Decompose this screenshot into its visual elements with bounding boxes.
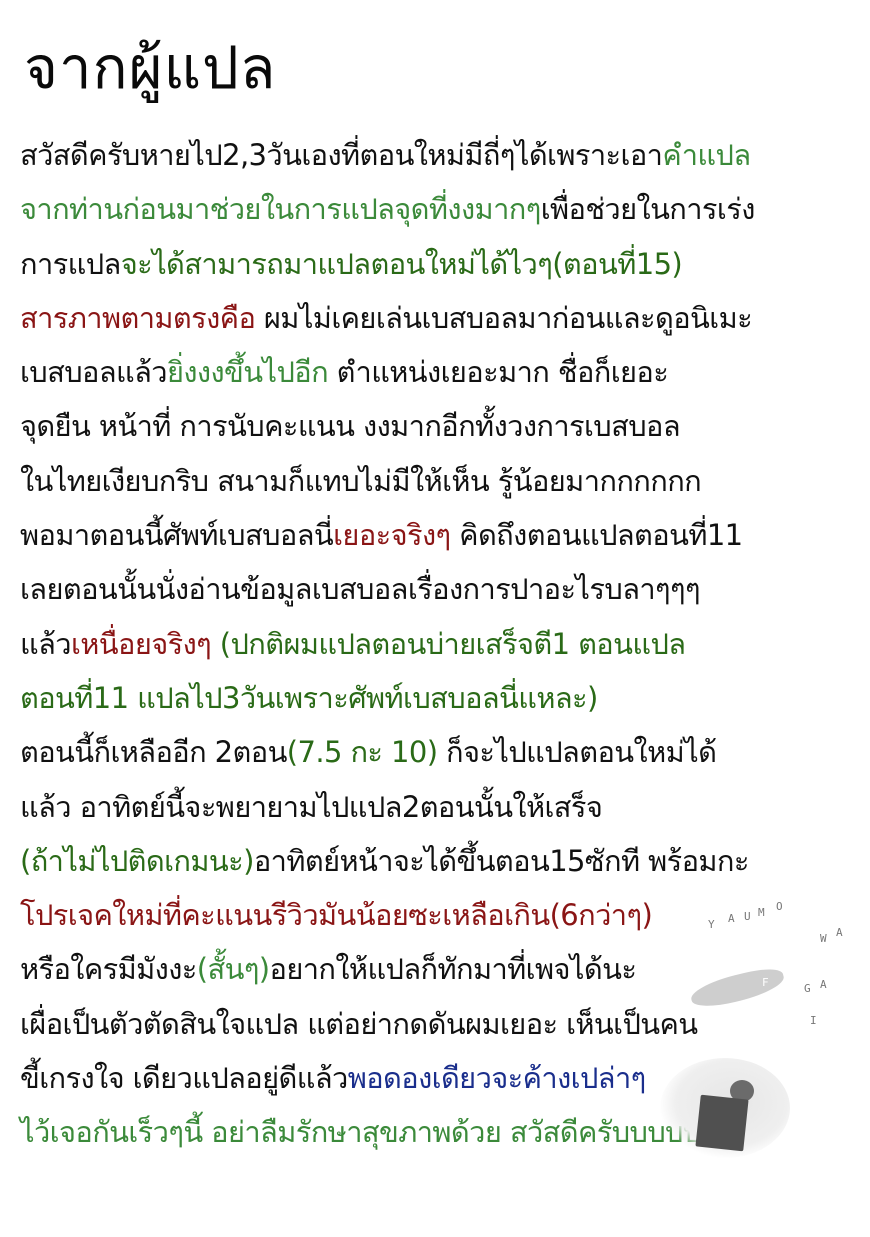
text-segment: สวัสดีครับหายไป2,3วันเองที่ตอนใหม่มีถี่ๆ… bbox=[20, 138, 662, 172]
text-segment: จุดยืน หน้าที่ การนับคะแนน งงมากอีกทั้งว… bbox=[20, 409, 680, 443]
note-line: ไว้เจอกันเร็วๆนี้ อย่าลืมรักษาสุขภาพด้วย… bbox=[20, 1105, 870, 1159]
note-line: สารภาพตามตรงคือ ผมไม่เคยเล่นเบสบอลมาก่อน… bbox=[20, 291, 870, 345]
note-line: สวัสดีครับหายไป2,3วันเองที่ตอนใหม่มีถี่ๆ… bbox=[20, 128, 870, 182]
note-line: การแปลจะได้สามารถมาแปลตอนใหม่ได้ไวๆ(ตอนท… bbox=[20, 237, 870, 291]
text-segment: อาทิตย์หน้าจะได้ขึ้นตอน15ซักที พร้อมกะ bbox=[254, 844, 749, 878]
note-line: ในไทยเงียบกริบ สนามก็แทบไม่มีให้เห็น รู้… bbox=[20, 454, 870, 508]
text-segment: พอดองเดียวจะค้างเปล่าๆ bbox=[348, 1061, 646, 1095]
text-segment: คิดถึงตอนแปลตอนที่11 bbox=[451, 518, 743, 552]
text-segment: พอมาตอนนี้ศัพท์เบสบอลนี่ bbox=[20, 518, 333, 552]
text-segment: เยอะจริงๆ bbox=[333, 518, 450, 552]
text-segment: ตอนนี้ก็เหลืออีก 2ตอน bbox=[20, 735, 287, 769]
text-segment: (ปกติผมแปลตอนบ่ายเสร็จตี1 ตอนแปล bbox=[211, 627, 685, 661]
note-line: ขี้เกรงใจ เดียวแปลอยู่ดีแล้วพอดองเดียวจะ… bbox=[20, 1051, 870, 1105]
note-line: ตอนที่11 แปลไป3วันเพราะศัพท์เบสบอลนี่แหล… bbox=[20, 671, 870, 725]
note-line: (ถ้าไม่ไปติดเกมนะ)อาทิตย์หน้าจะได้ขึ้นตอ… bbox=[20, 834, 870, 888]
text-segment: คำแปล bbox=[662, 138, 750, 172]
text-segment: จากท่านก่อนมาช่วยในการแปลจุดที่งงมากๆ bbox=[20, 192, 541, 226]
text-segment: เลยตอนนั้นนั่งอ่านข้อมูลเบสบอลเรื่องการป… bbox=[20, 572, 700, 606]
text-segment: (7.5 กะ 10) bbox=[287, 735, 438, 769]
note-line: โปรเจคใหม่ที่คะแนนรีวิวมันน้อยซะเหลือเกิ… bbox=[20, 888, 870, 942]
text-segment: (สั้นๆ) bbox=[197, 952, 270, 986]
text-segment: หรือใครมีมังงะ bbox=[20, 952, 197, 986]
note-line: แล้วเหนื่อยจริงๆ (ปกติผมแปลตอนบ่ายเสร็จต… bbox=[20, 617, 870, 671]
note-line: เบสบอลแล้วยิ่งงงขึ้นไปอีก ตำแหน่งเยอะมาก… bbox=[20, 345, 870, 399]
note-line: เลยตอนนั้นนั่งอ่านข้อมูลเบสบอลเรื่องการป… bbox=[20, 562, 870, 616]
text-segment: ตอนที่11 แปลไป3วันเพราะศัพท์เบสบอลนี่แหล… bbox=[20, 681, 598, 715]
text-segment: เบสบอลแล้ว bbox=[20, 355, 167, 389]
note-line: จุดยืน หน้าที่ การนับคะแนน งงมากอีกทั้งว… bbox=[20, 399, 870, 453]
text-segment: ยิ่งงงขึ้นไปอีก bbox=[167, 355, 328, 389]
text-segment: จะได้สามารถมาแปลตอนใหม่ได้ไวๆ(ตอนที่15) bbox=[121, 247, 682, 281]
page-title: จากผู้แปล bbox=[24, 28, 276, 108]
note-line: ตอนนี้ก็เหลืออีก 2ตอน(7.5 กะ 10) ก็จะไปแ… bbox=[20, 725, 870, 779]
note-line: หรือใครมีมังงะ(สั้นๆ)อยากให้แปลก็ทักมาที… bbox=[20, 942, 870, 996]
text-segment: (ถ้าไม่ไปติดเกมนะ) bbox=[20, 844, 254, 878]
text-segment: เหนื่อยจริงๆ bbox=[71, 627, 211, 661]
note-line: แล้ว อาทิตย์นี้จะพยายามไปแปล2ตอนนั้นให้เ… bbox=[20, 780, 870, 834]
text-segment: การแปล bbox=[20, 247, 121, 281]
text-segment: ตำแหน่งเยอะมาก ชื่อก็เยอะ bbox=[328, 355, 668, 389]
text-segment: ผมไม่เคยเล่นเบสบอลมาก่อนและดูอนิเมะ bbox=[255, 301, 752, 335]
text-segment: โปรเจคใหม่ที่คะแนนรีวิวมันน้อยซะเหลือเกิ… bbox=[20, 898, 652, 932]
note-line: พอมาตอนนี้ศัพท์เบสบอลนี่เยอะจริงๆ คิดถึง… bbox=[20, 508, 870, 562]
text-segment: ไว้เจอกันเร็วๆนี้ อย่าลืมรักษาสุขภาพด้วย… bbox=[20, 1115, 701, 1149]
text-segment: ขี้เกรงใจ เดียวแปลอยู่ดีแล้ว bbox=[20, 1061, 348, 1095]
text-segment: อยากให้แปลก็ทักมาที่เพจได้นะ bbox=[270, 952, 637, 986]
text-segment: ในไทยเงียบกริบ สนามก็แทบไม่มีให้เห็น รู้… bbox=[20, 464, 701, 498]
note-line: เผื่อเป็นตัวตัดสินใจแปล แต่อย่ากดดันผมเย… bbox=[20, 997, 870, 1051]
note-line: จากท่านก่อนมาช่วยในการแปลจุดที่งงมากๆเพื… bbox=[20, 182, 870, 236]
text-segment: แล้ว อาทิตย์นี้จะพยายามไปแปล2ตอนนั้นให้เ… bbox=[20, 790, 602, 824]
text-segment: ก็จะไปแปลตอนใหม่ได้ bbox=[437, 735, 716, 769]
text-segment: แล้ว bbox=[20, 627, 71, 661]
text-segment: เผื่อเป็นตัวตัดสินใจแปล แต่อย่ากดดันผมเย… bbox=[20, 1007, 698, 1041]
text-segment: เพื่อช่วยในการเร่ง bbox=[541, 192, 755, 226]
translator-note-body: สวัสดีครับหายไป2,3วันเองที่ตอนใหม่มีถี่ๆ… bbox=[20, 128, 870, 1160]
text-segment: สารภาพตามตรงคือ bbox=[20, 301, 255, 335]
